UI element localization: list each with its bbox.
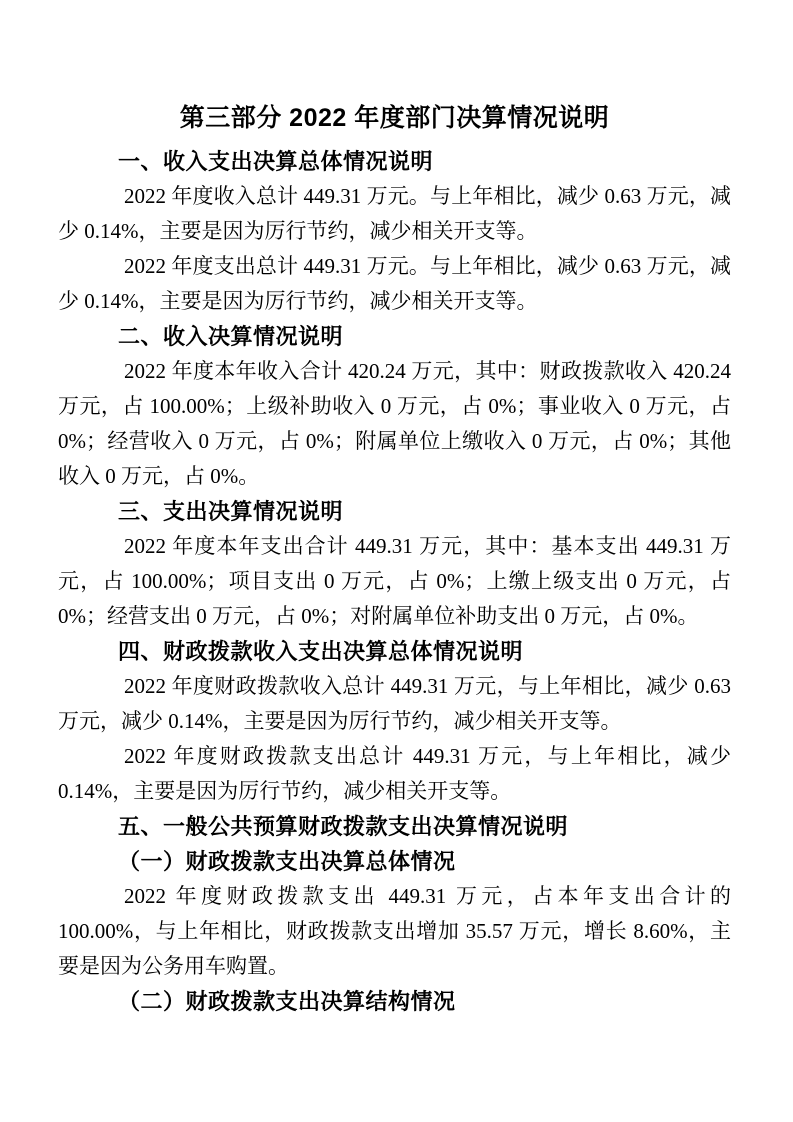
section-3-heading: 三、支出决算情况说明 <box>58 494 731 529</box>
section-2-heading: 二、收入决算情况说明 <box>58 319 731 354</box>
section-1-heading: 一、收入支出决算总体情况说明 <box>58 144 731 179</box>
paragraph: 2022 年度财政拨款支出总计 449.31 万元，与上年相比，减少 0.14%… <box>58 739 731 809</box>
section-5-heading: 五、一般公共预算财政拨款支出决算情况说明 <box>58 809 731 844</box>
paragraph: 2022 年度本年支出合计 449.31 万元，其中：基本支出 449.31 万… <box>58 529 731 634</box>
section-4-heading: 四、财政拨款收入支出决算总体情况说明 <box>58 634 731 669</box>
subsection-5-1-heading: （一）财政拨款支出决算总体情况 <box>58 844 731 879</box>
paragraph: 2022 年度财政拨款收入总计 449.31 万元，与上年相比，减少 0.63 … <box>58 669 731 739</box>
document-page: 第三部分 2022 年度部门决算情况说明 一、收入支出决算总体情况说明 2022… <box>0 0 793 1122</box>
paragraph: 2022 年度收入总计 449.31 万元。与上年相比，减少 0.63 万元，减… <box>58 179 731 249</box>
paragraph: 2022 年度支出总计 449.31 万元。与上年相比，减少 0.63 万元，减… <box>58 249 731 319</box>
subsection-5-2-heading: （二）财政拨款支出决算结构情况 <box>58 984 731 1019</box>
document-title: 第三部分 2022 年度部门决算情况说明 <box>58 97 731 139</box>
paragraph: 2022 年度财政拨款支出 449.31 万元，占本年支出合计的 100.00%… <box>58 879 731 984</box>
paragraph: 2022 年度本年收入合计 420.24 万元，其中：财政拨款收入 420.24… <box>58 354 731 494</box>
